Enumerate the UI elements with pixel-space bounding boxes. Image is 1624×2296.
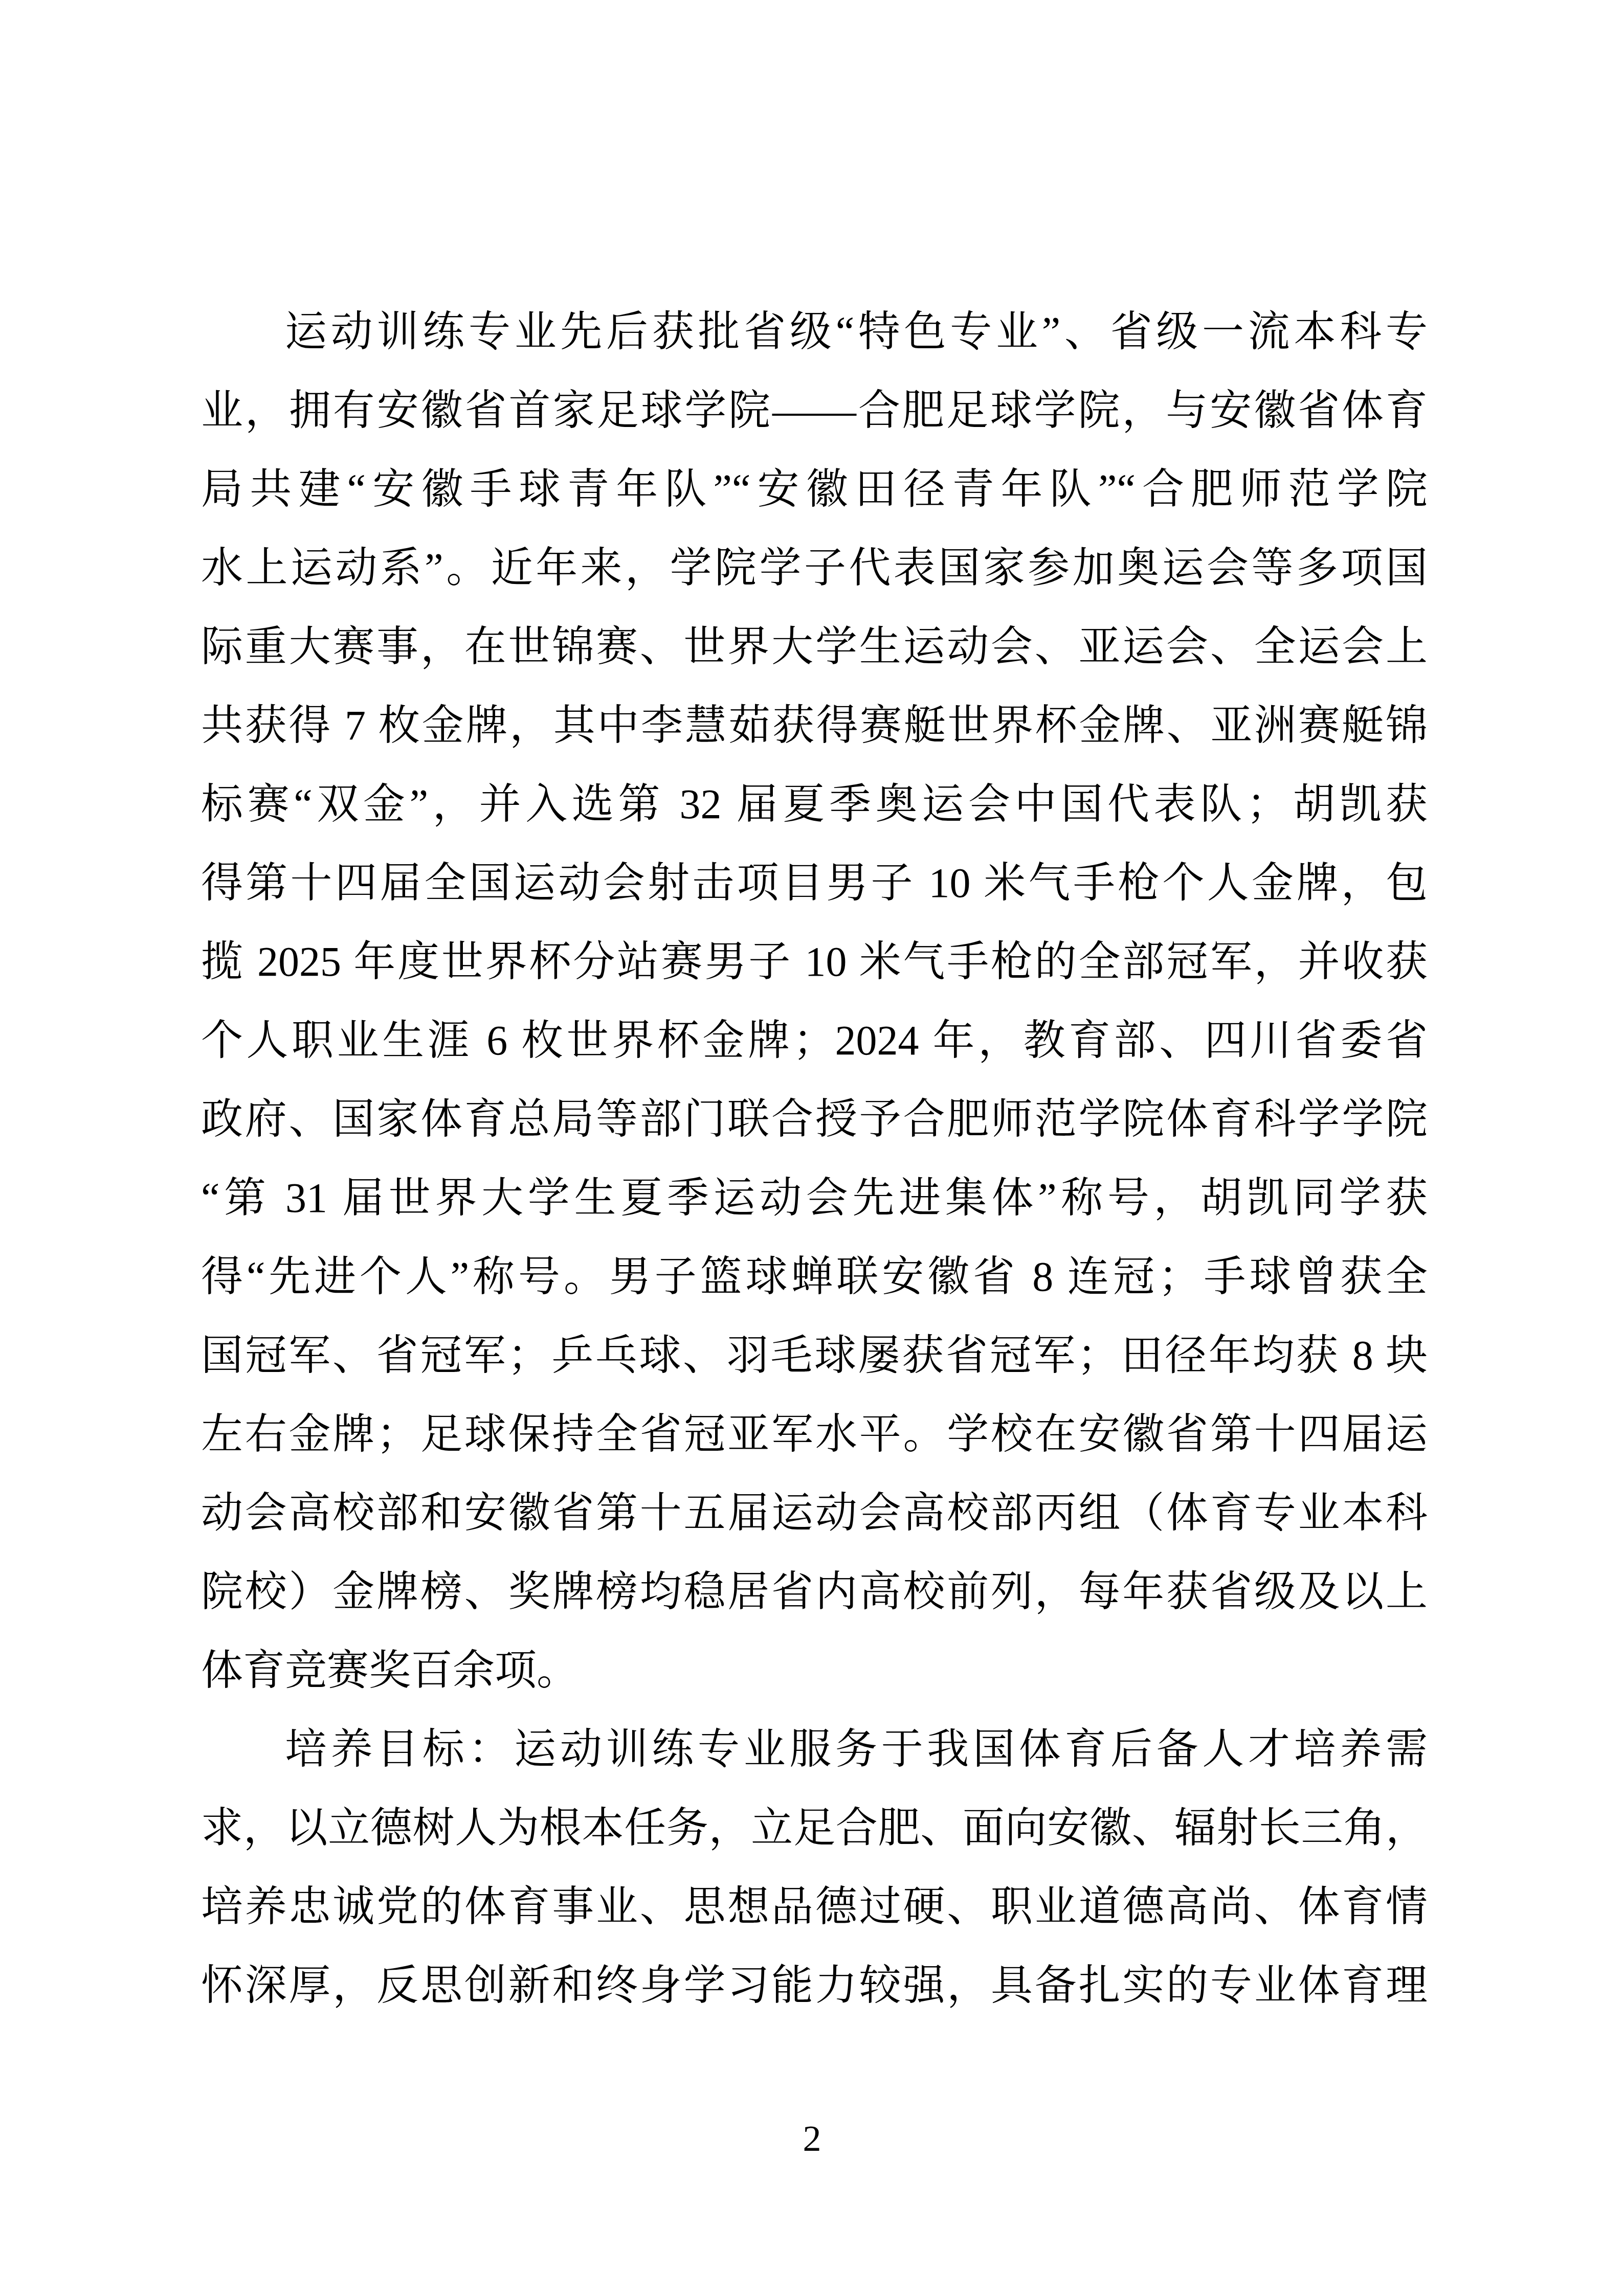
text-line: 揽 2025 年度世界杯分站赛男子 10 米气手枪的全部冠军，并收获 (201, 922, 1428, 1001)
text-line: 国冠军、省冠军；乒乓球、羽毛球屡获省冠军；田径年均获 8 块 (201, 1316, 1428, 1395)
text-line: 得第十四届全国运动会射击项目男子 10 米气手枪个人金牌，包 (201, 844, 1428, 922)
text-line: 个人职业生涯 6 枚世界杯金牌；2024 年，教育部、四川省委省 (201, 1001, 1428, 1080)
text-line: 培养忠诚党的体育事业、思想品德过硬、职业道德高尚、体育情 (201, 1867, 1428, 1946)
document-body: 运动训练专业先后获批省级“特色专业”、省级一流本科专 业，拥有安徽省首家足球学院… (201, 292, 1428, 2025)
text-line: 业，拥有安徽省首家足球学院——合肥足球学院，与安徽省体育 (201, 371, 1428, 450)
text-line: 求，以立德树人为根本任务，立足合肥、面向安徽、辐射长三角， (201, 1789, 1428, 1867)
text-line: 院校）金牌榜、奖牌榜均稳居省内高校前列，每年获省级及以上 (201, 1552, 1428, 1631)
page-footer: 2 (0, 2118, 1624, 2159)
text-line: 体育竞赛奖百余项。 (201, 1631, 1428, 1710)
text-line: 政府、国家体育总局等部门联合授予合肥师范学院体育科学学院 (201, 1080, 1428, 1159)
text-line: “第 31 届世界大学生夏季运动会先进集体”称号，胡凯同学获 (201, 1159, 1428, 1237)
text-line: 共获得 7 枚金牌，其中李慧茹获得赛艇世界杯金牌、亚洲赛艇锦 (201, 686, 1428, 765)
text-line: 怀深厚，反思创新和终身学习能力较强，具备扎实的专业体育理 (201, 1946, 1428, 2025)
text-line: 标赛“双金”，并入选第 32 届夏季奥运会中国代表队；胡凯获 (201, 765, 1428, 844)
text-line: 运动训练专业先后获批省级“特色专业”、省级一流本科专 (201, 292, 1428, 371)
text-line: 左右金牌；足球保持全省冠亚军水平。学校在安徽省第十四届运 (201, 1395, 1428, 1474)
text-line: 得“先进个人”称号。男子篮球蝉联安徽省 8 连冠；手球曾获全 (201, 1237, 1428, 1316)
text-line: 局共建“安徽手球青年队”“安徽田径青年队”“合肥师范学院 (201, 450, 1428, 529)
text-line: 水上运动系”。近年来，学院学子代表国家参加奥运会等多项国 (201, 529, 1428, 607)
text-line: 动会高校部和安徽省第十五届运动会高校部丙组（体育专业本科 (201, 1474, 1428, 1552)
page-number: 2 (803, 2118, 821, 2159)
text-line: 培养目标：运动训练专业服务于我国体育后备人才培养需 (201, 1710, 1428, 1789)
text-line: 际重大赛事，在世锦赛、世界大学生运动会、亚运会、全运会上 (201, 607, 1428, 686)
document-page: 运动训练专业先后获批省级“特色专业”、省级一流本科专 业，拥有安徽省首家足球学院… (0, 0, 1624, 2296)
